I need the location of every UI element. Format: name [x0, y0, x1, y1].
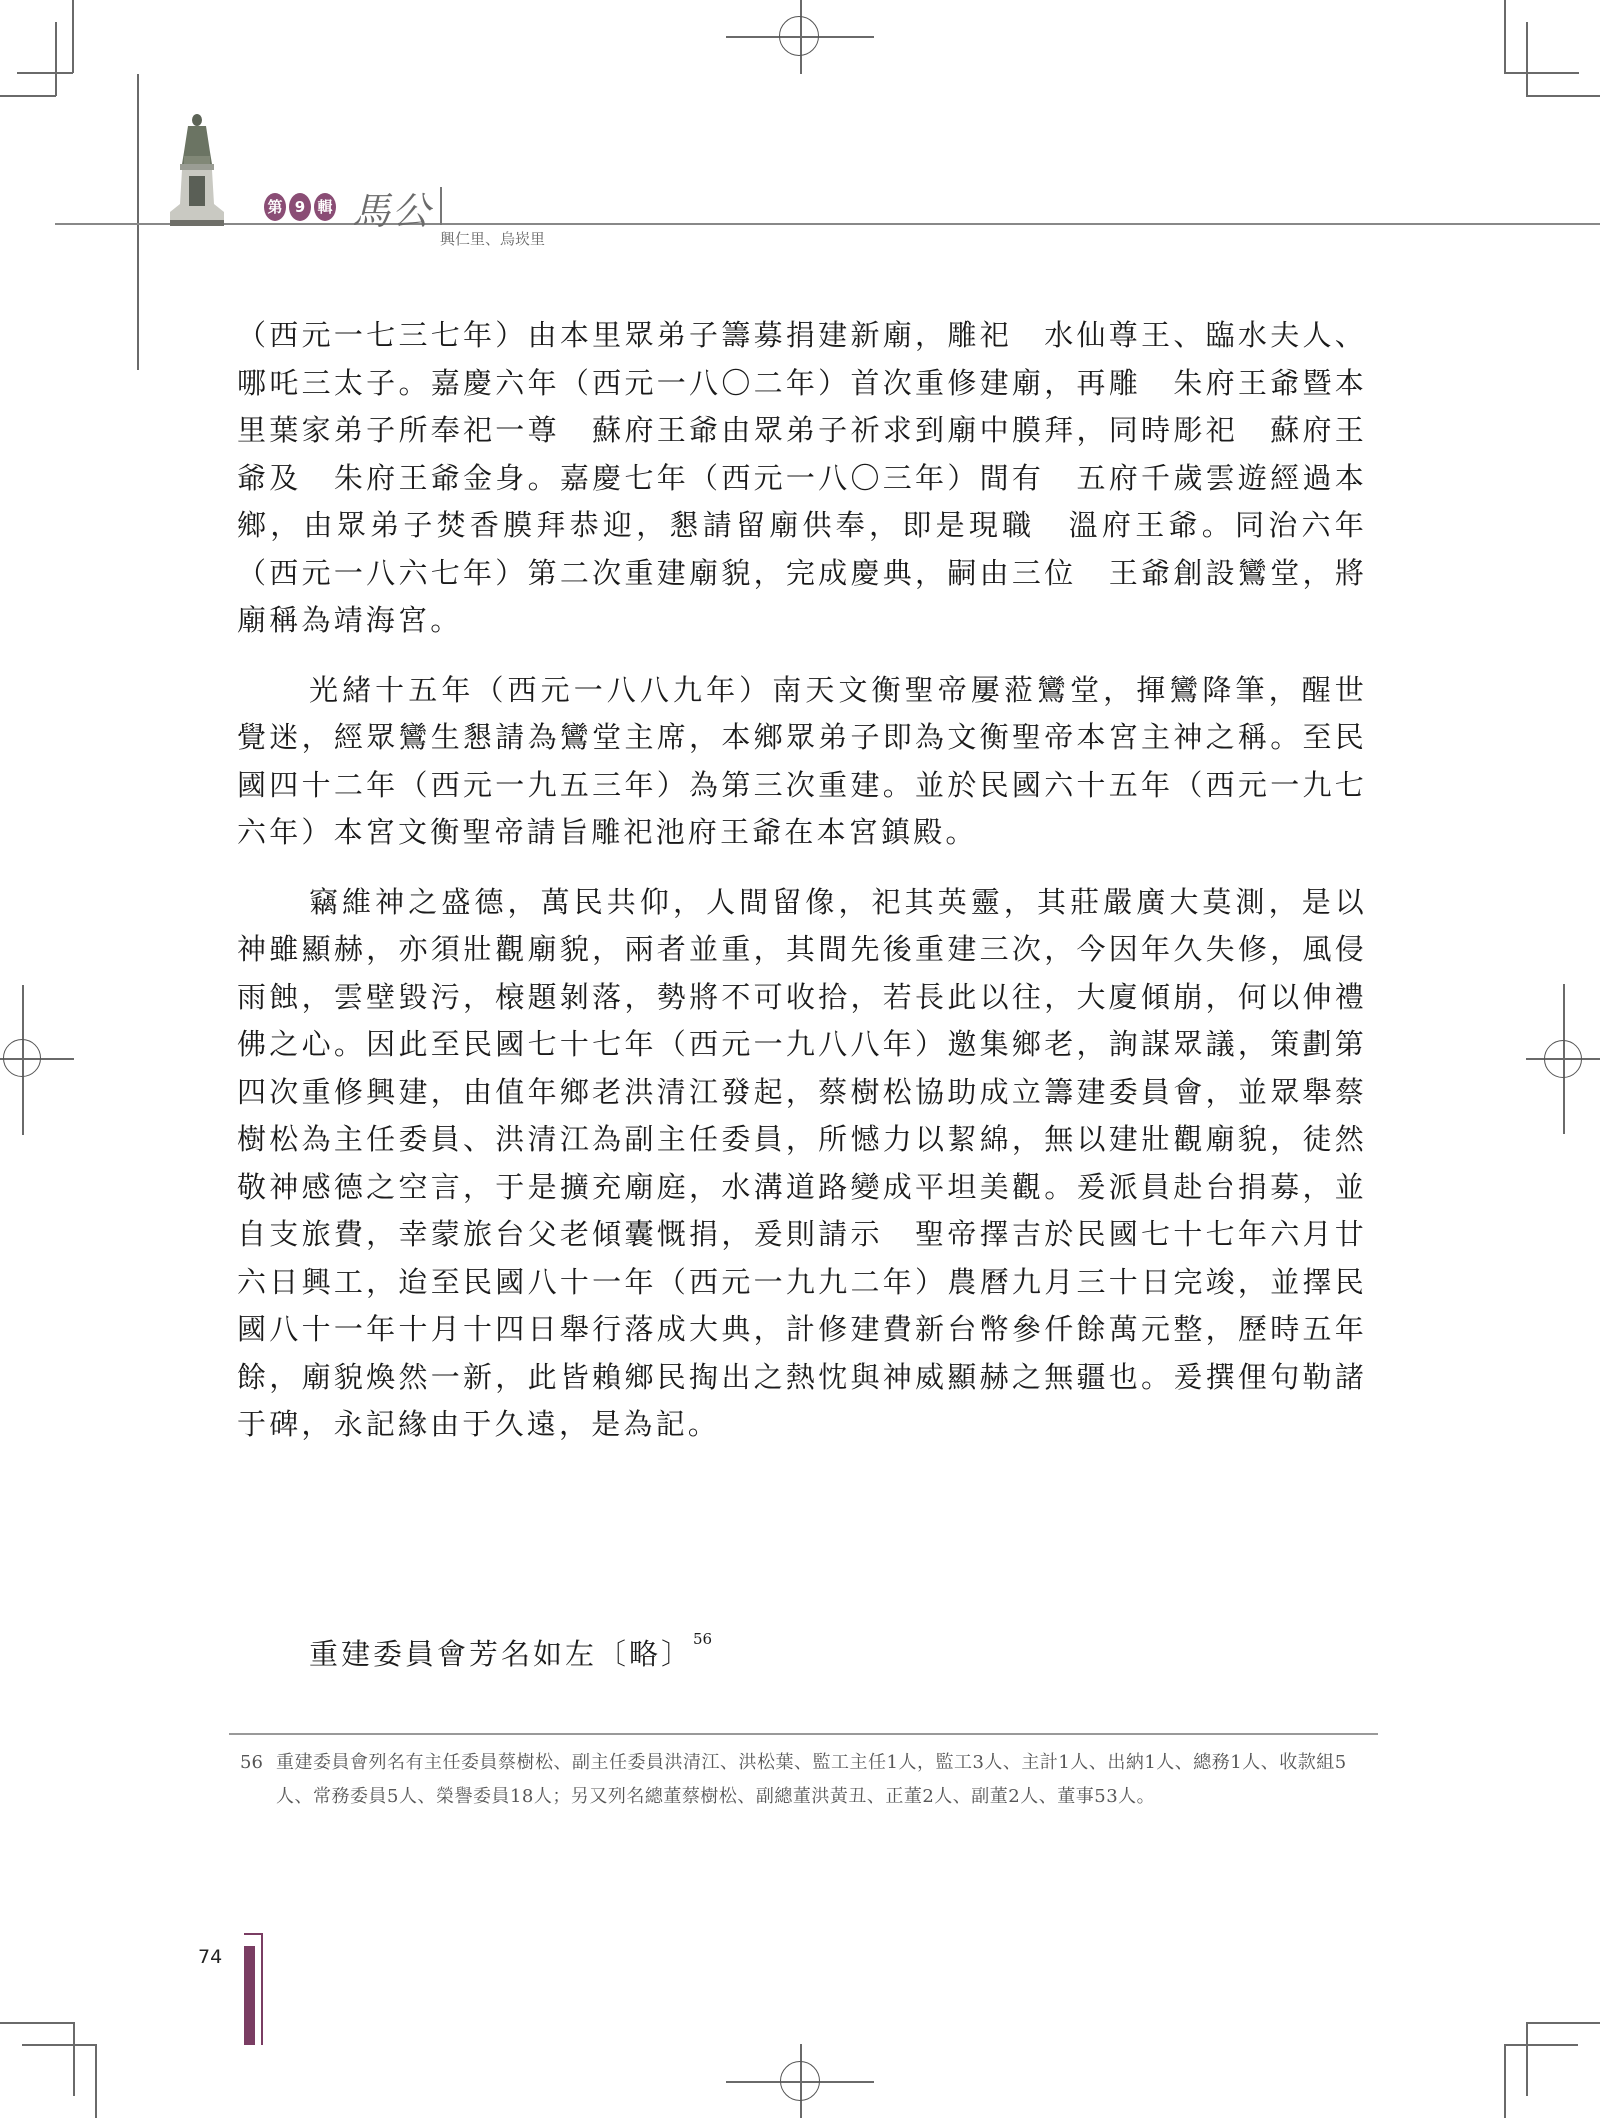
page-marker-line [261, 1933, 263, 2045]
page-number: 74 [198, 1946, 222, 1968]
body-text: （西元一七三七年）由本里眾弟子籌募捐建新廟，雕祀 水仙尊王、臨水夫人、哪吒三太子… [237, 312, 1367, 1471]
series-badge-number: 9 [289, 193, 311, 221]
footnote-number: 56 [240, 1746, 263, 1780]
header-vertical-rule [137, 74, 139, 370]
paragraph-2: 光緒十五年（西元一八八九年）南天文衡聖帝屢蒞鸞堂，揮鸞降筆，醒世覺迷，經眾鸞生懇… [237, 667, 1367, 857]
footnote: 56 重建委員會列名有主任委員蔡樹松、副主任委員洪清江、洪松葉、監工主任1人，監… [240, 1746, 1375, 1814]
committee-text: 重建委員會芳名如左〔略〕 [309, 1637, 693, 1671]
footnote-divider [229, 1733, 1378, 1735]
series-badge-group: 第 9 輯 [264, 193, 336, 221]
footnote-reference[interactable]: 56 [693, 1630, 712, 1648]
committee-line: 重建委員會芳名如左〔略〕56 [309, 1632, 712, 1673]
book-title: 馬公 [352, 180, 432, 235]
page-marker-bar [244, 1946, 255, 2045]
header-horizontal-rule [55, 223, 1600, 225]
paragraph-3: 竊維神之盛德，萬民共仰，人間留像，祀其英靈，其莊嚴廣大莫測，是以神雖顯赫，亦須壯… [237, 879, 1367, 1449]
series-badge-ji: 輯 [314, 193, 336, 221]
title-separator [440, 187, 442, 225]
chapter-subtitle: 興仁里、烏崁里 [440, 228, 545, 249]
paragraph-1: （西元一七三七年）由本里眾弟子籌募捐建新廟，雕祀 水仙尊王、臨水夫人、哪吒三太子… [237, 312, 1367, 645]
statue-illustration [152, 112, 242, 227]
page-marker-tick [244, 1933, 262, 1935]
series-badge-di: 第 [264, 193, 286, 221]
footnote-text: 重建委員會列名有主任委員蔡樹松、副主任委員洪清江、洪松葉、監工主任1人，監工3人… [276, 1746, 1375, 1814]
